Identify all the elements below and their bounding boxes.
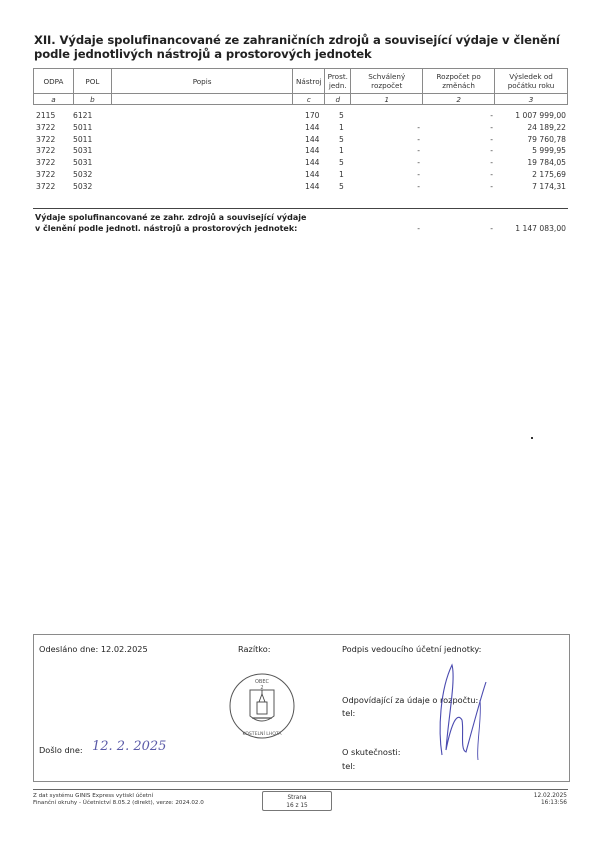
- footer-timestamp: 12.02.2025 16:13:56: [534, 793, 567, 807]
- cell-nastroj: 144: [305, 182, 320, 191]
- cell-vysledek: 79 760,78: [527, 135, 566, 144]
- cell-prost: 5: [339, 158, 344, 167]
- table-row: 372250311445--19 784,05: [33, 158, 568, 170]
- stamp-label: Razítko:: [238, 644, 271, 654]
- cell-schvaleny: -: [417, 182, 420, 191]
- header-pol: POL: [73, 69, 111, 94]
- cell-schvaleny: -: [417, 123, 420, 132]
- page-indicator: Strana 16 z 15: [262, 791, 332, 811]
- actuals-label: O skutečnosti:: [342, 747, 400, 757]
- cell-pol: 5031: [73, 158, 92, 167]
- code-2: 2: [423, 94, 495, 105]
- cell-odpa: 3722: [36, 123, 55, 132]
- code-blank: [111, 94, 292, 105]
- stamp-bottom-text: KOSTELNÍ LHOTA: [242, 730, 282, 737]
- table-header: ODPA POL Popis Nástroj Prost. jedn. Schv…: [33, 68, 568, 105]
- footer-date: 12.02.2025: [534, 793, 567, 800]
- table-row: 211561211705-1 007 999,00: [33, 111, 568, 123]
- cell-vysledek: 7 174,31: [532, 182, 566, 191]
- cell-po-zmenach: -: [490, 158, 493, 167]
- header-prost-jedn: Prost. jedn.: [325, 69, 351, 94]
- code-b: b: [73, 94, 111, 105]
- table-row: 372250321445--7 174,31: [33, 182, 568, 194]
- cell-odpa: 2115: [36, 111, 55, 120]
- cell-prost: 5: [339, 111, 344, 120]
- table-row: 372250321441--2 175,69: [33, 170, 568, 182]
- cell-prost: 5: [339, 135, 344, 144]
- cell-pol: 5031: [73, 146, 92, 155]
- cell-odpa: 3722: [36, 135, 55, 144]
- tel-label-2: tel:: [342, 761, 355, 771]
- cell-pol: 5011: [73, 123, 92, 132]
- cell-vysledek: 5 999,95: [532, 146, 566, 155]
- cell-odpa: 3722: [36, 182, 55, 191]
- cell-schvaleny: -: [417, 158, 420, 167]
- section-title: XII. Výdaje spolufinancované ze zahranič…: [34, 33, 564, 61]
- cell-nastroj: 170: [305, 111, 320, 120]
- cell-vysledek: 24 189,22: [527, 123, 566, 132]
- footer-source-line2: Finanční okruhy - Účetnictví 8.05.2 (dir…: [33, 800, 204, 807]
- code-3: 3: [495, 94, 568, 105]
- table-row: 372250111445--79 760,78: [33, 135, 568, 147]
- footer-source-line1: Z dat systému GINIS Express vytiskl účet…: [33, 793, 204, 800]
- cell-pol: 5032: [73, 182, 92, 191]
- cell-prost: 1: [339, 146, 344, 155]
- code-a: a: [34, 94, 74, 105]
- stamp-number: 2: [260, 685, 263, 691]
- code-d: d: [325, 94, 351, 105]
- header-nastroj: Nástroj: [293, 69, 325, 94]
- cell-pol: 5011: [73, 135, 92, 144]
- received-date-handwritten: 12. 2. 2025: [92, 739, 166, 754]
- cell-schvaleny: -: [417, 146, 420, 155]
- cell-nastroj: 144: [305, 123, 320, 132]
- header-odpa: ODPA: [34, 69, 74, 94]
- cell-prost: 1: [339, 123, 344, 132]
- code-1: 1: [351, 94, 423, 105]
- cell-nastroj: 144: [305, 135, 320, 144]
- page-value: 16 z 15: [263, 802, 331, 810]
- scan-speck: [531, 437, 533, 439]
- summary-schvaleny: -: [417, 223, 420, 234]
- summary-label-2: v členění podle jednotl. nástrojů a pros…: [35, 223, 568, 234]
- summary-vysledek: 1 147 083,00: [515, 223, 566, 234]
- cell-schvaleny: -: [417, 135, 420, 144]
- header-schvaleny: Schválený rozpočet: [351, 69, 423, 94]
- code-c: c: [293, 94, 325, 105]
- summary-po-zmenach: -: [490, 223, 493, 234]
- footer-rule: [33, 789, 568, 790]
- cell-odpa: 3722: [36, 158, 55, 167]
- cell-nastroj: 144: [305, 158, 320, 167]
- summary-label-1: Výdaje spolufinancované ze zahr. zdrojů …: [35, 212, 568, 223]
- cell-odpa: 3722: [36, 146, 55, 155]
- cell-odpa: 3722: [36, 170, 55, 179]
- received-label: Došlo dne:: [39, 745, 83, 755]
- municipal-stamp-icon: OBEC 2 KOSTELNÍ LHOTA: [228, 672, 296, 740]
- footer-time: 16:13:56: [534, 800, 567, 807]
- header-po-zmenach: Rozpočet po změnách: [423, 69, 495, 94]
- cell-po-zmenach: -: [490, 111, 493, 120]
- cell-pol: 6121: [73, 111, 92, 120]
- cell-nastroj: 144: [305, 170, 320, 179]
- cell-schvaleny: -: [417, 170, 420, 179]
- handwritten-signature-icon: [420, 660, 500, 760]
- header-popis: Popis: [111, 69, 292, 94]
- page-label: Strana: [263, 794, 331, 802]
- table-body: 211561211705-1 007 999,00372250111441--2…: [33, 111, 568, 194]
- cell-po-zmenach: -: [490, 182, 493, 191]
- table-bottom-rule: [33, 208, 568, 209]
- cell-po-zmenach: -: [490, 146, 493, 155]
- cell-po-zmenach: -: [490, 135, 493, 144]
- sent-date: Odesláno dne: 12.02.2025: [39, 644, 148, 654]
- cell-vysledek: 1 007 999,00: [515, 111, 566, 120]
- header-vysledek: Výsledek od počátku roku: [495, 69, 568, 94]
- tel-label-1: tel:: [342, 708, 355, 718]
- cell-prost: 1: [339, 170, 344, 179]
- table-row: 372250111441--24 189,22: [33, 123, 568, 135]
- cell-po-zmenach: -: [490, 170, 493, 179]
- cell-po-zmenach: -: [490, 123, 493, 132]
- cell-nastroj: 144: [305, 146, 320, 155]
- cell-pol: 5032: [73, 170, 92, 179]
- summary-row: Výdaje spolufinancované ze zahr. zdrojů …: [35, 212, 568, 234]
- head-signature-label: Podpis vedoucího účetní jednotky:: [342, 644, 481, 654]
- cell-vysledek: 2 175,69: [532, 170, 566, 179]
- cell-prost: 5: [339, 182, 344, 191]
- cell-vysledek: 19 784,05: [527, 158, 566, 167]
- footer-source: Z dat systému GINIS Express vytiskl účet…: [33, 793, 204, 807]
- table-row: 372250311441--5 999,95: [33, 146, 568, 158]
